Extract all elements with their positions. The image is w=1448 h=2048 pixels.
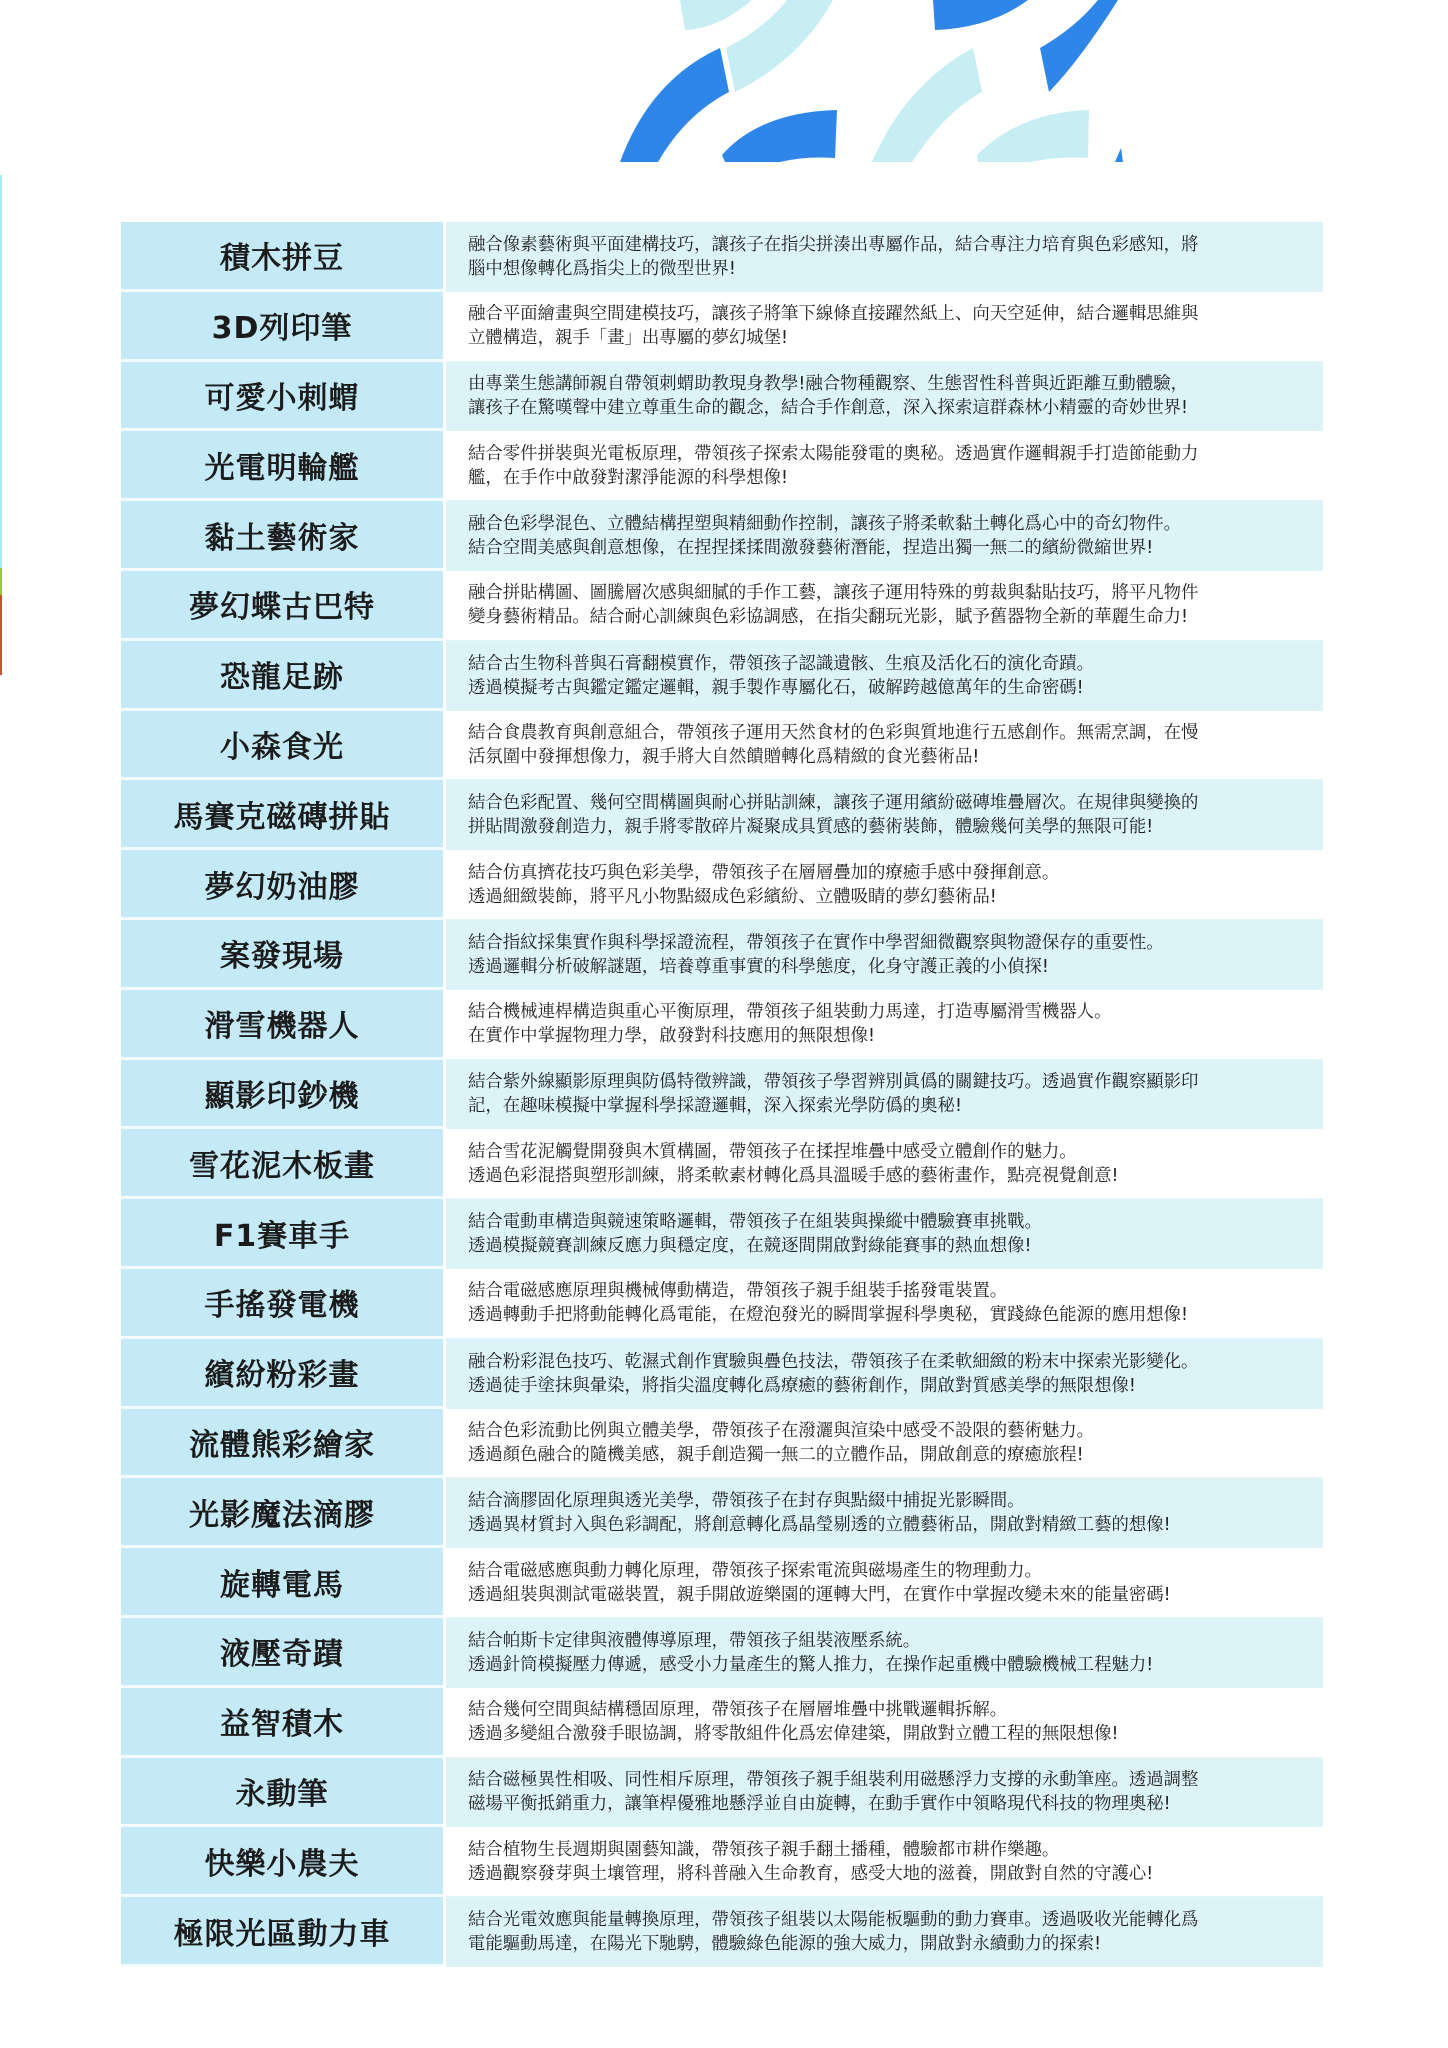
course-description-cell: 結合滴膠固化原理與透光美學，帶領孩子在封存與點綴中捕捉光影瞬間。 透過異材質封入…	[443, 1478, 1323, 1548]
course-row: 小森食光結合食農教育與創意組合，帶領孩子運用天然食材的色彩與質地進行五感創作。無…	[121, 711, 1323, 781]
course-row: 馬賽克磁磚拼貼結合色彩配置、幾何空間構圖與耐心拼貼訓練，讓孩子運用繽紛磁磚堆疊層…	[121, 780, 1323, 850]
course-row: 旋轉電馬結合電磁感應與動力轉化原理，帶領孩子探索電流與磁場產生的物理動力。 透過…	[121, 1548, 1323, 1618]
course-description: 結合幾何空間與結構穩固原理，帶領孩子在層層堆疊中挑戰邏輯拆解。 透過多變組合激發…	[468, 1698, 1118, 1746]
course-description-cell: 結合光電效應與能量轉換原理，帶領孩子組裝以太陽能板驅動的動力賽車。透過吸收光能轉…	[443, 1897, 1323, 1967]
decorative-header-arcs	[0, 0, 1448, 170]
course-row: 案發現場結合指紋採集實作與科學採證流程，帶領孩子在實作中學習細微觀察與物證保存的…	[121, 920, 1323, 990]
course-description-cell: 結合古生物科普與石膏翻模實作，帶領孩子認識遺骸、生痕及活化石的演化奇蹟。 透過模…	[443, 641, 1323, 711]
course-description: 結合古生物科普與石膏翻模實作，帶領孩子認識遺骸、生痕及活化石的演化奇蹟。 透過模…	[468, 652, 1094, 700]
course-description-cell: 結合電磁感應原理與機械傳動構造，帶領孩子親手組裝手搖發電裝置。 透過轉動手把將動…	[443, 1269, 1323, 1339]
course-description-cell: 結合植物生長週期與園藝知識，帶領孩子親手翻土播種，體驗都市耕作樂趣。 透過觀察發…	[443, 1827, 1323, 1897]
course-name: 永動筆	[121, 1758, 443, 1828]
course-name: 3D列印筆	[121, 292, 443, 362]
course-description: 結合滴膠固化原理與透光美學，帶領孩子在封存與點綴中捕捉光影瞬間。 透過異材質封入…	[468, 1489, 1171, 1537]
course-name: 小森食光	[121, 711, 443, 781]
course-description: 結合電動車構造與競速策略邏輯，帶領孩子在組裝與操縱中體驗賽車挑戰。 透過模擬競賽…	[468, 1210, 1042, 1258]
course-row: 液壓奇蹟結合帕斯卡定律與液體傳導原理，帶領孩子組裝液壓系統。 透過針筒模擬壓力傳…	[121, 1618, 1323, 1688]
course-name: 液壓奇蹟	[121, 1618, 443, 1688]
course-description-cell: 由專業生態講師親自帶領刺蝟助教現身教學!融合物種觀察、生態習性科普與近距離互動體…	[443, 362, 1323, 432]
course-name: 可愛小刺蝟	[121, 362, 443, 432]
course-name: 恐龍足跡	[121, 641, 443, 711]
course-description: 結合仿真擠花技巧與色彩美學，帶領孩子在層層疊加的療癒手感中發揮創意。 透過細緻裝…	[468, 861, 1059, 909]
course-description-cell: 結合紫外線顯影原理與防僞特徵辨識，帶領孩子學習辨別眞僞的關鍵技巧。透過實作觀察顯…	[443, 1060, 1323, 1130]
course-name: 夢幻奶油膠	[121, 850, 443, 920]
course-row: 積木拼豆融合像素藝術與平面建構技巧，讓孩子在指尖拼湊出專屬作品，結合專注力培育與…	[121, 222, 1323, 292]
course-description-cell: 結合色彩流動比例與立體美學，帶領孩子在潑灑與渲染中感受不設限的藝術魅力。 透過顏…	[443, 1409, 1323, 1479]
course-description: 結合色彩流動比例與立體美學，帶領孩子在潑灑與渲染中感受不設限的藝術魅力。 透過顏…	[468, 1419, 1094, 1467]
course-row: 極限光區動力車結合光電效應與能量轉換原理，帶領孩子組裝以太陽能板驅動的動力賽車。…	[121, 1897, 1323, 1967]
course-description: 結合食農教育與創意組合，帶領孩子運用天然食材的色彩與質地進行五感創作。無需烹調，…	[468, 721, 1198, 769]
course-table: 積木拼豆融合像素藝術與平面建構技巧，讓孩子在指尖拼湊出專屬作品，結合專注力培育與…	[121, 222, 1323, 1967]
course-description-cell: 結合磁極異性相吸、同性相斥原理，帶領孩子親手組裝利用磁懸浮力支撐的永動筆座。透過…	[443, 1758, 1323, 1828]
left-strip-red-segment	[0, 595, 2, 675]
course-description: 結合色彩配置、幾何空間構圖與耐心拼貼訓練，讓孩子運用繽紛磁磚堆疊層次。在規律與變…	[468, 791, 1198, 839]
course-row: 滑雪機器人結合機械連桿構造與重心平衡原理，帶領孩子組裝動力馬達，打造專屬滑雪機器…	[121, 990, 1323, 1060]
course-name: 積木拼豆	[121, 222, 443, 292]
course-name: 顯影印鈔機	[121, 1060, 443, 1130]
course-description-cell: 結合仿真擠花技巧與色彩美學，帶領孩子在層層疊加的療癒手感中發揮創意。 透過細緻裝…	[443, 850, 1323, 920]
course-description-cell: 結合色彩配置、幾何空間構圖與耐心拼貼訓練，讓孩子運用繽紛磁磚堆疊層次。在規律與變…	[443, 780, 1323, 850]
course-row: 快樂小農夫結合植物生長週期與園藝知識，帶領孩子親手翻土播種，體驗都市耕作樂趣。 …	[121, 1827, 1323, 1897]
course-description: 結合指紋採集實作與科學採證流程，帶領孩子在實作中學習細微觀察與物證保存的重要性。…	[468, 931, 1164, 979]
course-description: 融合色彩學混色、立體結構捏塑與精細動作控制，讓孩子將柔軟黏土轉化爲心中的奇幻物件…	[468, 512, 1181, 560]
course-row: 手搖發電機結合電磁感應原理與機械傳動構造，帶領孩子親手組裝手搖發電裝置。 透過轉…	[121, 1269, 1323, 1339]
course-name: 旋轉電馬	[121, 1548, 443, 1618]
course-name: 馬賽克磁磚拼貼	[121, 780, 443, 850]
course-description: 由專業生態講師親自帶領刺蝟助教現身教學!融合物種觀察、生態習性科普與近距離互動體…	[468, 372, 1188, 420]
left-edge-color-strip	[0, 175, 2, 715]
course-description-cell: 融合色彩學混色、立體結構捏塑與精細動作控制，讓孩子將柔軟黏土轉化爲心中的奇幻物件…	[443, 501, 1323, 571]
course-name: 益智積木	[121, 1688, 443, 1758]
course-description: 融合像素藝術與平面建構技巧，讓孩子在指尖拼湊出專屬作品，結合專注力培育與色彩感知…	[468, 233, 1198, 281]
course-description-cell: 結合零件拼裝與光電板原理，帶領孩子探索太陽能發電的奧秘。透過實作邏輯親手打造節能…	[443, 431, 1323, 501]
course-row: 夢幻蝶古巴特融合拼貼構圖、圖騰層次感與細膩的手作工藝，讓孩子運用特殊的剪裁與黏貼…	[121, 571, 1323, 641]
course-description: 融合平面繪畫與空間建模技巧，讓孩子將筆下線條直接躍然紙上、向天空延伸，結合邏輯思…	[468, 302, 1198, 350]
course-row: 繽紛粉彩畫融合粉彩混色技巧、乾濕式創作實驗與疊色技法，帶領孩子在柔軟細緻的粉末中…	[121, 1339, 1323, 1409]
course-description: 結合帕斯卡定律與液體傳導原理，帶領孩子組裝液壓系統。 透過針筒模擬壓力傳遞，感受…	[468, 1629, 1153, 1677]
course-row: 黏土藝術家融合色彩學混色、立體結構捏塑與精細動作控制，讓孩子將柔軟黏土轉化爲心中…	[121, 501, 1323, 571]
course-name: 光影魔法滴膠	[121, 1478, 443, 1548]
course-description-cell: 結合雪花泥觸覺開發與木質構圖，帶領孩子在揉捏堆疊中感受立體創作的魅力。 透過色彩…	[443, 1129, 1323, 1199]
course-row: 雪花泥木板畫結合雪花泥觸覺開發與木質構圖，帶領孩子在揉捏堆疊中感受立體創作的魅力…	[121, 1129, 1323, 1199]
course-row: F1賽車手結合電動車構造與競速策略邏輯，帶領孩子在組裝與操縱中體驗賽車挑戰。 透…	[121, 1199, 1323, 1269]
course-description-cell: 結合指紋採集實作與科學採證流程，帶領孩子在實作中學習細微觀察與物證保存的重要性。…	[443, 920, 1323, 990]
course-description: 結合電磁感應與動力轉化原理，帶領孩子探索電流與磁場產生的物理動力。 透過組裝與測…	[468, 1559, 1171, 1607]
course-description-cell: 融合粉彩混色技巧、乾濕式創作實驗與疊色技法，帶領孩子在柔軟細緻的粉末中探索光影變…	[443, 1339, 1323, 1409]
course-description-cell: 融合像素藝術與平面建構技巧，讓孩子在指尖拼湊出專屬作品，結合專注力培育與色彩感知…	[443, 222, 1323, 292]
course-row: 顯影印鈔機結合紫外線顯影原理與防僞特徵辨識，帶領孩子學習辨別眞僞的關鍵技巧。透過…	[121, 1060, 1323, 1130]
course-name: 手搖發電機	[121, 1269, 443, 1339]
course-description: 結合零件拼裝與光電板原理，帶領孩子探索太陽能發電的奧秘。透過實作邏輯親手打造節能…	[468, 442, 1198, 490]
course-name: 流體熊彩繪家	[121, 1409, 443, 1479]
left-strip-green-segment	[0, 568, 2, 595]
course-name: 光電明輪艦	[121, 431, 443, 501]
course-row: 永動筆結合磁極異性相吸、同性相斥原理，帶領孩子親手組裝利用磁懸浮力支撐的永動筆座…	[121, 1758, 1323, 1828]
course-description: 結合植物生長週期與園藝知識，帶領孩子親手翻土播種，體驗都市耕作樂趣。 透過觀察發…	[468, 1838, 1153, 1886]
course-name: 案發現場	[121, 920, 443, 990]
course-name: F1賽車手	[121, 1199, 443, 1269]
course-row: 可愛小刺蝟由專業生態講師親自帶領刺蝟助教現身教學!融合物種觀察、生態習性科普與近…	[121, 362, 1323, 432]
course-row: 光影魔法滴膠結合滴膠固化原理與透光美學，帶領孩子在封存與點綴中捕捉光影瞬間。 透…	[121, 1478, 1323, 1548]
course-description: 結合磁極異性相吸、同性相斥原理，帶領孩子親手組裝利用磁懸浮力支撐的永動筆座。透過…	[468, 1768, 1198, 1816]
course-row: 3D列印筆融合平面繪畫與空間建模技巧，讓孩子將筆下線條直接躍然紙上、向天空延伸，…	[121, 292, 1323, 362]
course-description: 結合機械連桿構造與重心平衡原理，帶領孩子組裝動力馬達，打造專屬滑雪機器人。 在實…	[468, 1000, 1111, 1048]
course-description: 結合雪花泥觸覺開發與木質構圖，帶領孩子在揉捏堆疊中感受立體創作的魅力。 透過色彩…	[468, 1140, 1118, 1188]
course-name: 夢幻蝶古巴特	[121, 571, 443, 641]
course-name: 快樂小農夫	[121, 1827, 443, 1897]
course-name: 雪花泥木板畫	[121, 1129, 443, 1199]
course-name: 滑雪機器人	[121, 990, 443, 1060]
course-row: 流體熊彩繪家結合色彩流動比例與立體美學，帶領孩子在潑灑與渲染中感受不設限的藝術魅…	[121, 1409, 1323, 1479]
course-description: 結合光電效應與能量轉換原理，帶領孩子組裝以太陽能板驅動的動力賽車。透過吸收光能轉…	[468, 1908, 1198, 1956]
course-row: 光電明輪艦結合零件拼裝與光電板原理，帶領孩子探索太陽能發電的奧秘。透過實作邏輯親…	[121, 431, 1323, 501]
course-description-cell: 結合帕斯卡定律與液體傳導原理，帶領孩子組裝液壓系統。 透過針筒模擬壓力傳遞，感受…	[443, 1618, 1323, 1688]
course-description-cell: 結合幾何空間與結構穩固原理，帶領孩子在層層堆疊中挑戰邏輯拆解。 透過多變組合激發…	[443, 1688, 1323, 1758]
course-row: 益智積木結合幾何空間與結構穩固原理，帶領孩子在層層堆疊中挑戰邏輯拆解。 透過多變…	[121, 1688, 1323, 1758]
course-description-cell: 融合平面繪畫與空間建模技巧，讓孩子將筆下線條直接躍然紙上、向天空延伸，結合邏輯思…	[443, 292, 1323, 362]
left-strip-cyan-segment	[0, 175, 2, 568]
course-row: 恐龍足跡結合古生物科普與石膏翻模實作，帶領孩子認識遺骸、生痕及活化石的演化奇蹟。…	[121, 641, 1323, 711]
course-description: 結合電磁感應原理與機械傳動構造，帶領孩子親手組裝手搖發電裝置。 透過轉動手把將動…	[468, 1279, 1188, 1327]
course-description-cell: 結合電動車構造與競速策略邏輯，帶領孩子在組裝與操縱中體驗賽車挑戰。 透過模擬競賽…	[443, 1199, 1323, 1269]
course-description: 結合紫外線顯影原理與防僞特徵辨識，帶領孩子學習辨別眞僞的關鍵技巧。透過實作觀察顯…	[468, 1070, 1198, 1118]
course-description: 融合拼貼構圖、圖騰層次感與細膩的手作工藝，讓孩子運用特殊的剪裁與黏貼技巧，將平凡…	[468, 581, 1198, 629]
course-description: 融合粉彩混色技巧、乾濕式創作實驗與疊色技法，帶領孩子在柔軟細緻的粉末中探索光影變…	[468, 1350, 1198, 1398]
course-name: 黏土藝術家	[121, 501, 443, 571]
course-description-cell: 結合機械連桿構造與重心平衡原理，帶領孩子組裝動力馬達，打造專屬滑雪機器人。 在實…	[443, 990, 1323, 1060]
course-name: 繽紛粉彩畫	[121, 1339, 443, 1409]
course-name: 極限光區動力車	[121, 1897, 443, 1967]
course-description-cell: 結合食農教育與創意組合，帶領孩子運用天然食材的色彩與質地進行五感創作。無需烹調，…	[443, 711, 1323, 781]
course-description-cell: 融合拼貼構圖、圖騰層次感與細膩的手作工藝，讓孩子運用特殊的剪裁與黏貼技巧，將平凡…	[443, 571, 1323, 641]
course-row: 夢幻奶油膠結合仿真擠花技巧與色彩美學，帶領孩子在層層疊加的療癒手感中發揮創意。 …	[121, 850, 1323, 920]
course-description-cell: 結合電磁感應與動力轉化原理，帶領孩子探索電流與磁場產生的物理動力。 透過組裝與測…	[443, 1548, 1323, 1618]
